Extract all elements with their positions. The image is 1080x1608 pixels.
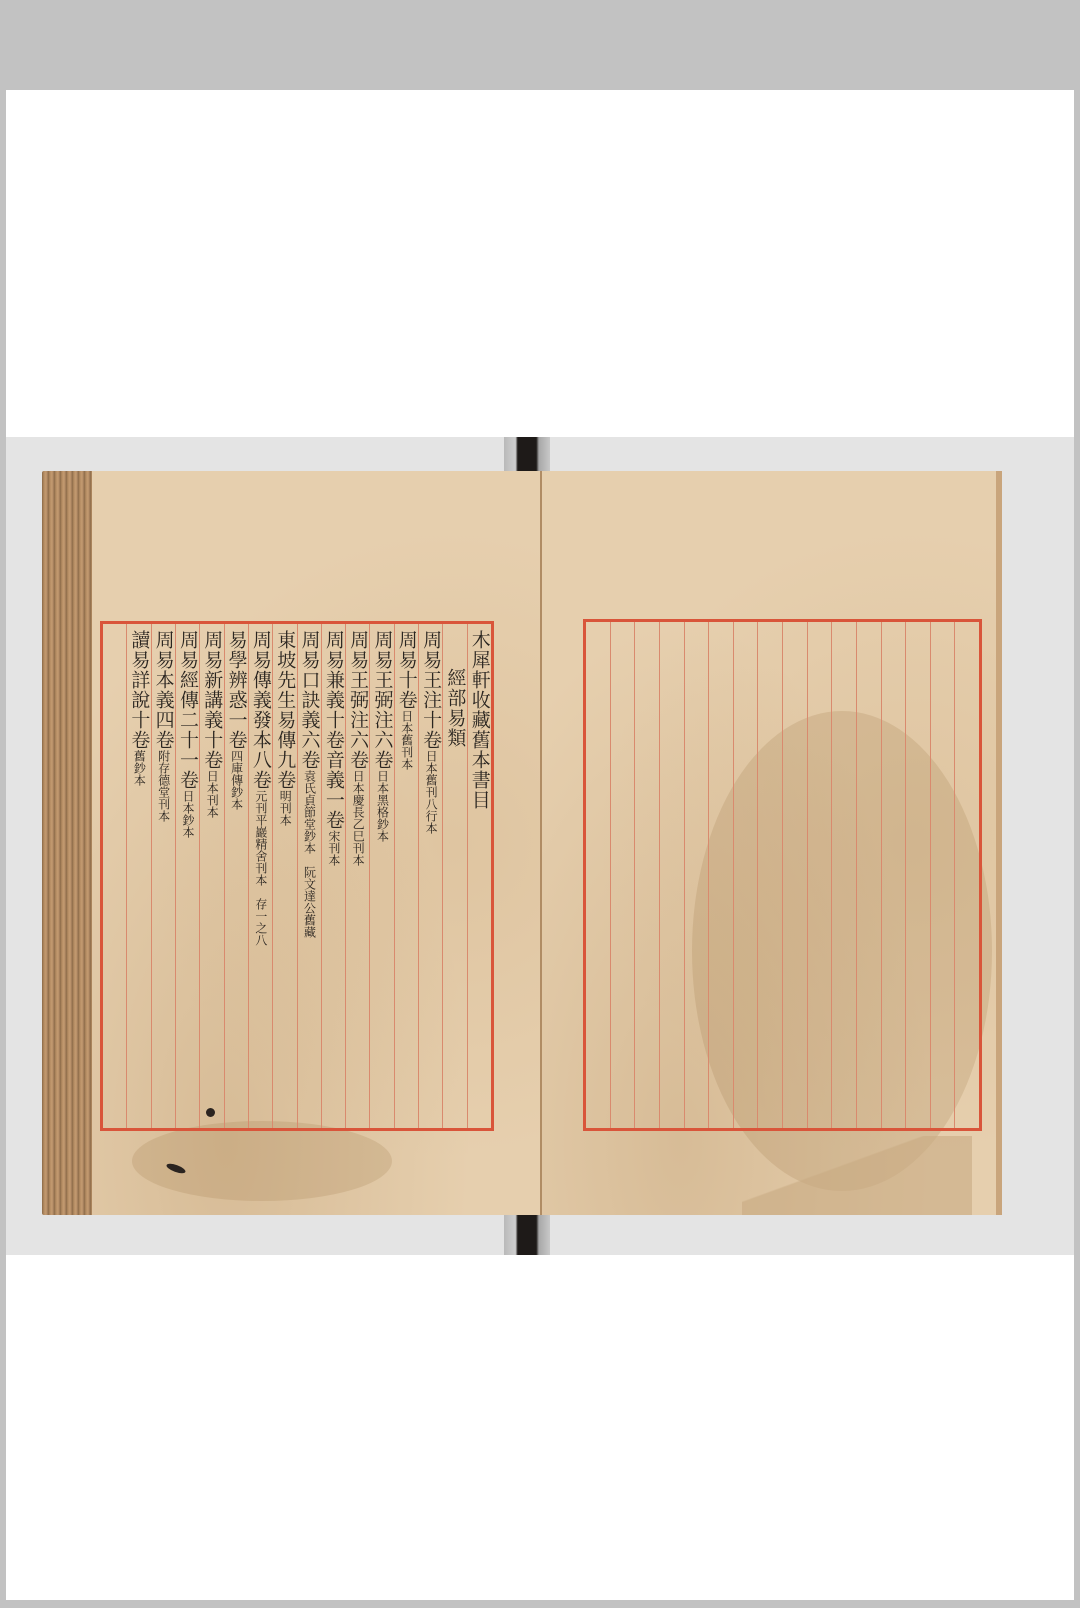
catalog-entry: 周易王注十卷日本舊刊八行本 bbox=[418, 624, 442, 1128]
entry-title: 易學辨惑一卷 bbox=[226, 630, 248, 750]
catalog-entry: 周易本義四卷附存德堂刊本 bbox=[151, 624, 175, 1128]
empty-column bbox=[634, 622, 659, 1128]
entry-title: 周易王弼注六卷 bbox=[371, 630, 393, 770]
entry-title: 周易王弼注六卷 bbox=[347, 630, 369, 770]
entry-note: 日本舊刊本 bbox=[400, 710, 414, 770]
entry-note: 四庫傳鈔本 bbox=[230, 750, 244, 810]
empty-column bbox=[954, 622, 979, 1128]
entry-title: 周易王注十卷 bbox=[420, 630, 442, 750]
column-title: 木犀軒收藏舊本書目 bbox=[467, 624, 491, 1128]
catalog-entry: 周易十卷日本舊刊本 bbox=[394, 624, 418, 1128]
catalog-entry: 周易新講義十卷日本刊本 bbox=[199, 624, 223, 1128]
left-page-ruled-grid: 木犀軒收藏舊本書目 經部易類 周易王注十卷日本舊刊八行本 周易十卷日本舊刊本 周… bbox=[100, 621, 494, 1131]
empty-column bbox=[757, 622, 782, 1128]
empty-column bbox=[610, 622, 635, 1128]
category-heading: 經部易類 bbox=[443, 668, 467, 748]
catalog-entry: 周易王弼注六卷日本慶長乙巳刊本 bbox=[345, 624, 369, 1128]
empty-column bbox=[684, 622, 709, 1128]
right-page-ruled-grid bbox=[583, 619, 982, 1131]
entry-note: 附存德堂刊本 bbox=[157, 750, 171, 822]
left-page: 木犀軒收藏舊本書目 經部易類 周易王注十卷日本舊刊八行本 周易十卷日本舊刊本 周… bbox=[92, 471, 541, 1215]
empty-column bbox=[881, 622, 906, 1128]
entry-note: 宋刊本 bbox=[327, 830, 341, 866]
entry-title: 讀易詳說十卷 bbox=[128, 630, 150, 750]
ink-spot bbox=[206, 1108, 215, 1117]
entry-title: 周易十卷 bbox=[396, 630, 418, 710]
entry-note: 日本黑格鈔本 bbox=[375, 770, 389, 842]
entry-note: 明刊本 bbox=[278, 790, 292, 826]
water-stain bbox=[132, 1121, 392, 1201]
catalog-entry: 易學辨惑一卷四庫傳鈔本 bbox=[224, 624, 248, 1128]
entry-note: 日本慶長乙巳刊本 bbox=[351, 770, 365, 866]
catalog-entry: 讀易詳說十卷舊鈔本 bbox=[126, 624, 150, 1128]
empty-column bbox=[659, 622, 684, 1128]
catalog-entry: 周易經傳二十一卷日本鈔本 bbox=[175, 624, 199, 1128]
entry-title: 周易傳義發本八卷 bbox=[250, 630, 272, 790]
entry-title: 東坡先生易傳九卷 bbox=[274, 630, 296, 790]
entry-title: 周易兼義十卷音義一卷 bbox=[323, 630, 345, 830]
book-photograph: 木犀軒收藏舊本書目 經部易類 周易王注十卷日本舊刊八行本 周易十卷日本舊刊本 周… bbox=[6, 437, 1074, 1255]
empty-column bbox=[782, 622, 807, 1128]
folded-corner bbox=[742, 1136, 972, 1215]
entry-title: 周易口訣義六卷 bbox=[299, 630, 321, 770]
empty-column bbox=[905, 622, 930, 1128]
entry-title: 周易本義四卷 bbox=[153, 630, 175, 750]
entry-note: 元刊平巖精舍刊本 存一之八 bbox=[254, 790, 268, 946]
empty-column bbox=[586, 622, 610, 1128]
empty-column bbox=[856, 622, 881, 1128]
catalog-entry: 周易王弼注六卷日本黑格鈔本 bbox=[369, 624, 393, 1128]
catalog-entry: 東坡先生易傳九卷明刊本 bbox=[272, 624, 296, 1128]
catalog-entry: 周易兼義十卷音義一卷宋刊本 bbox=[321, 624, 345, 1128]
catalog-entry: 周易口訣義六卷袁氏貞節堂鈔本 阮文達公舊藏 bbox=[297, 624, 321, 1128]
page-edges-stack bbox=[42, 471, 98, 1215]
entry-title: 周易經傳二十一卷 bbox=[177, 630, 199, 790]
entry-note: 舊鈔本 bbox=[132, 750, 146, 786]
entry-note: 日本舊刊八行本 bbox=[424, 750, 438, 834]
empty-column bbox=[930, 622, 955, 1128]
empty-column bbox=[103, 624, 126, 1128]
empty-column bbox=[831, 622, 856, 1128]
entry-note: 日本鈔本 bbox=[181, 790, 195, 838]
entry-title: 周易新講義十卷 bbox=[201, 630, 223, 770]
right-page bbox=[541, 471, 1002, 1215]
catalog-title: 木犀軒收藏舊本書目 bbox=[468, 630, 492, 810]
empty-column bbox=[733, 622, 758, 1128]
empty-column bbox=[807, 622, 832, 1128]
entry-note: 日本刊本 bbox=[205, 770, 219, 818]
empty-column bbox=[708, 622, 733, 1128]
entry-note: 袁氏貞節堂鈔本 阮文達公舊藏 bbox=[303, 770, 317, 938]
column-category: 經部易類 bbox=[442, 624, 466, 1128]
catalog-entry: 周易傳義發本八卷元刊平巖精舍刊本 存一之八 bbox=[248, 624, 272, 1128]
